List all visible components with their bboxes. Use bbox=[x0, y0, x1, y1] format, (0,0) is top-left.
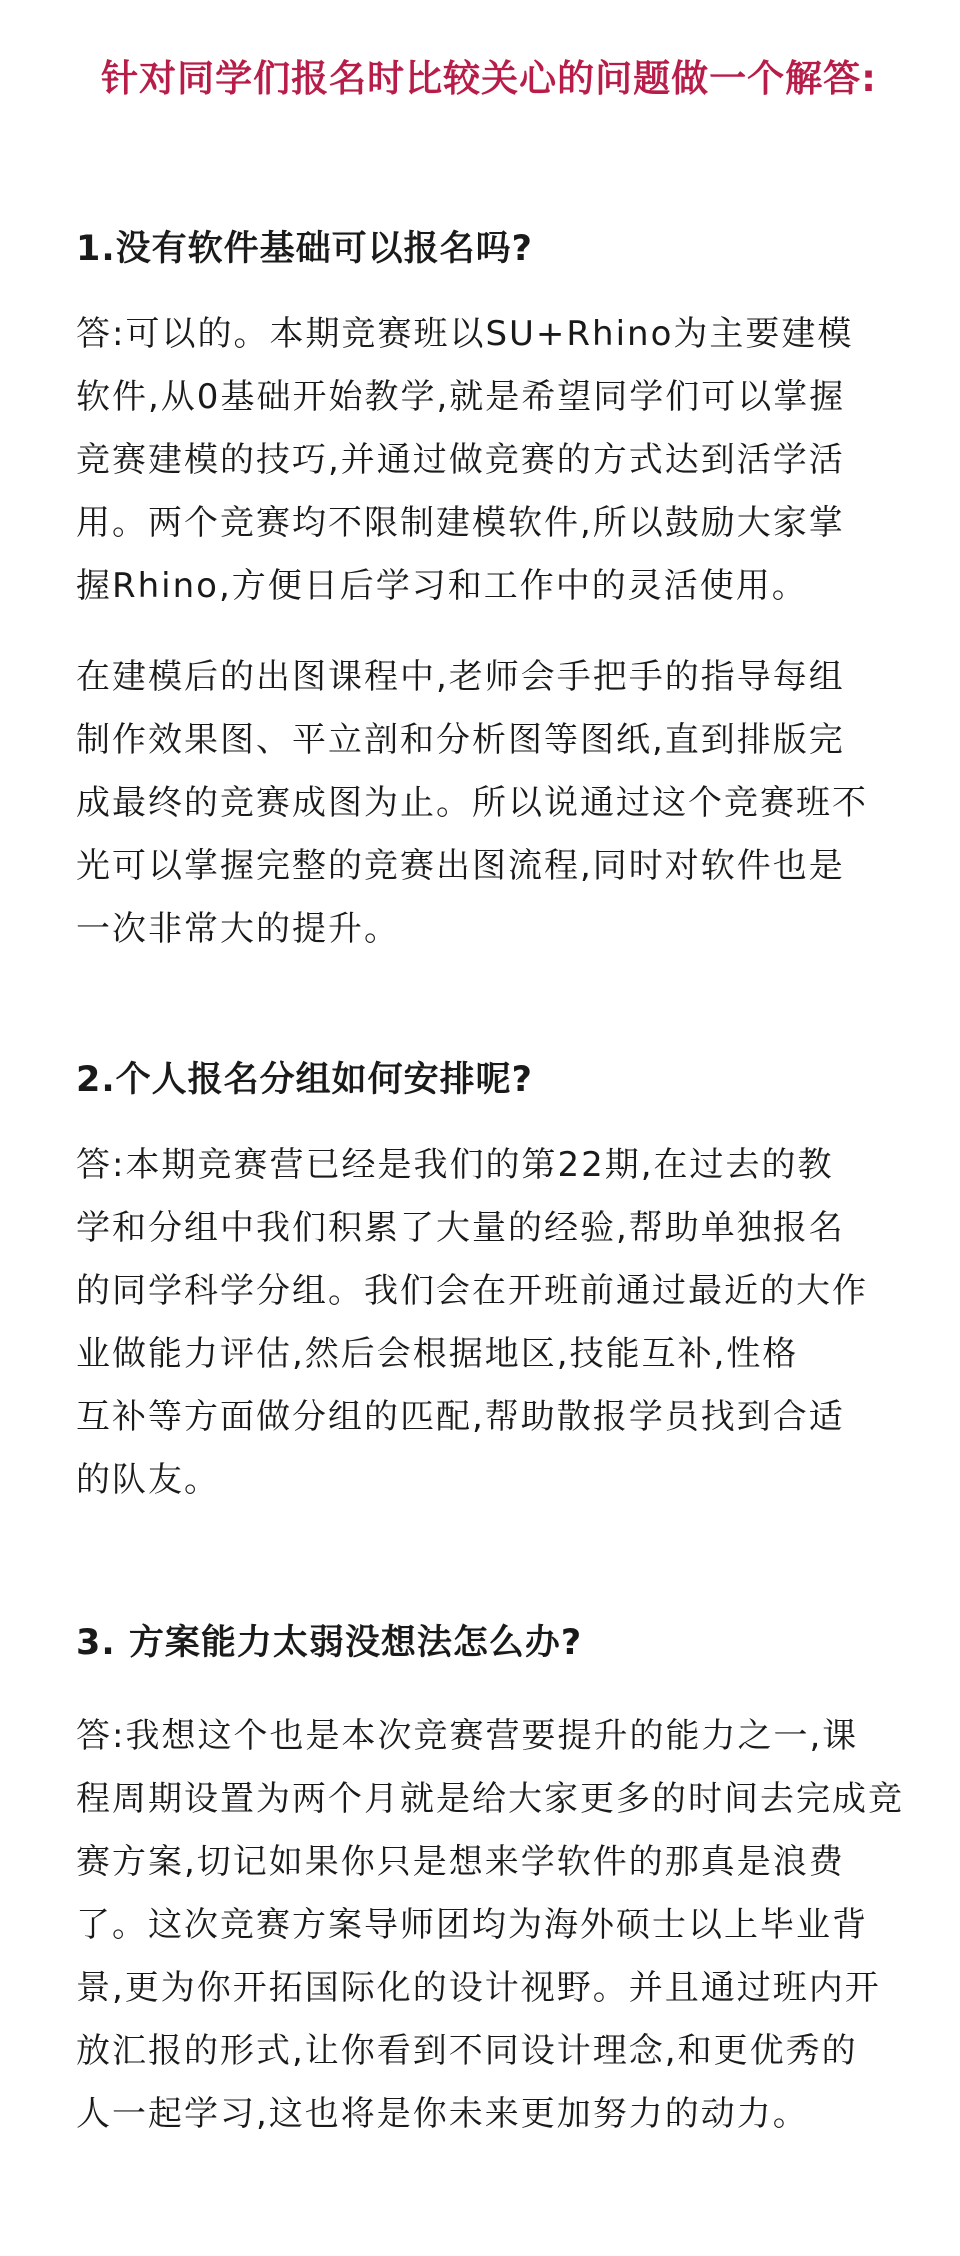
article-content: 针对同学们报名时比较关心的问题做一个解答: 1.没有软件基础可以报名吗? 答:可… bbox=[0, 52, 960, 2146]
article-title: 针对同学们报名时比较关心的问题做一个解答: bbox=[76, 52, 902, 106]
answer-2-paragraph-1: 答:本期竞赛营已经是我们的第22期,在过去的教 学和分组中我们积累了大量的经验,… bbox=[76, 1134, 902, 1512]
question-3-heading: 3. 方案能力太弱没想法怎么办? bbox=[76, 1612, 902, 1675]
qa-section-1: 1.没有软件基础可以报名吗? 答:可以的。本期竞赛班以SU+Rhino为主要建模… bbox=[76, 218, 902, 961]
answer-3-paragraph-1: 答:我想这个也是本次竞赛营要提升的能力之一,课 程周期设置为两个月就是给大家更多… bbox=[76, 1705, 902, 2146]
answer-1-paragraph-1: 答:可以的。本期竞赛班以SU+Rhino为主要建模 软件,从0基础开始教学,就是… bbox=[76, 303, 902, 618]
answer-1-paragraph-2: 在建模后的出图课程中,老师会手把手的指导每组 制作效果图、平立剖和分析图等图纸,… bbox=[76, 646, 902, 961]
qa-section-3: 3. 方案能力太弱没想法怎么办? 答:我想这个也是本次竞赛营要提升的能力之一,课… bbox=[76, 1612, 902, 2146]
article-page: 针对同学们报名时比较关心的问题做一个解答: 1.没有软件基础可以报名吗? 答:可… bbox=[0, 0, 960, 2256]
question-1-heading: 1.没有软件基础可以报名吗? bbox=[76, 218, 902, 281]
question-2-heading: 2.个人报名分组如何安排呢? bbox=[76, 1049, 902, 1112]
qa-section-2: 2.个人报名分组如何安排呢? 答:本期竞赛营已经是我们的第22期,在过去的教 学… bbox=[76, 1049, 902, 1512]
